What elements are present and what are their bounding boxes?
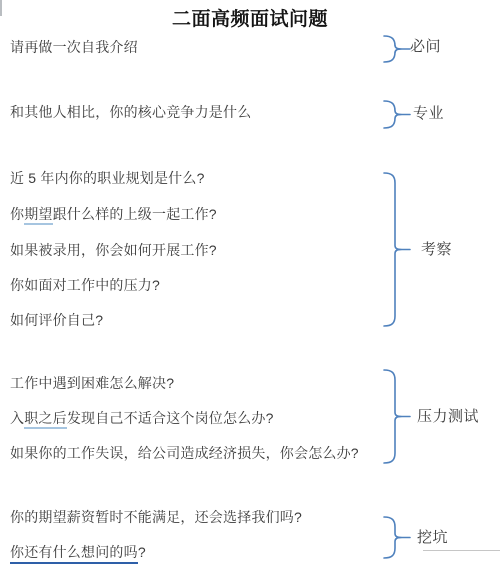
question-text: 跟什么样的上级一起工作? <box>53 206 217 222</box>
question-text: ? <box>138 544 146 560</box>
divider-line <box>423 550 500 551</box>
document-page: 二面高频面试问题 请再做一次自我介绍 必问 和其他人相比，你的核心竞争力是什么 … <box>0 0 500 566</box>
grammar-underline: 职之后 <box>24 410 67 429</box>
question-line: 你还有什么想问的吗? <box>10 544 146 560</box>
question-line: 和其他人相比，你的核心竞争力是什么 <box>10 104 251 120</box>
question-text: 入 <box>10 410 24 426</box>
question-line: 工作中遇到困难怎么解决? <box>10 375 174 391</box>
brace-group-2 <box>383 100 411 129</box>
brace-group-3 <box>383 172 411 327</box>
question-line: 近 5 年内你的职业规划是什么? <box>10 170 205 186</box>
brace-group-5 <box>383 516 411 559</box>
question-line: 如果被录用，你会如何开展工作? <box>10 242 217 258</box>
question-line: 如何评价自己? <box>10 312 103 328</box>
group-label-must-ask: 必问 <box>410 39 441 55</box>
question-line: 入职之后发现自己不适合这个岗位怎么办? <box>10 410 274 426</box>
group-label-stress-test: 压力测试 <box>417 409 479 425</box>
group-label-assessment: 考察 <box>421 242 452 258</box>
brace-group-1 <box>383 35 411 63</box>
question-line: 你如面对工作中的压力? <box>10 277 160 293</box>
selection-underline: 你还有什么想问的吗 <box>10 544 138 564</box>
group-label-trap: 挖坑 <box>417 530 448 546</box>
question-text: 你 <box>10 206 24 222</box>
group-label-professional: 专业 <box>413 106 444 122</box>
question-line: 如果你的工作失误，给公司造成经济损失，你会怎么办? <box>10 445 359 461</box>
question-line: 你的期望薪资暂时不能满足，还会选择我们吗? <box>10 509 302 525</box>
question-text: 发现自己不适合这个岗位怎么办? <box>67 410 274 426</box>
page-title: 二面高频面试问题 <box>0 4 500 31</box>
question-line: 你期望跟什么样的上级一起工作? <box>10 206 217 222</box>
grammar-underline: 期望 <box>24 206 52 225</box>
question-line: 请再做一次自我介绍 <box>10 39 138 55</box>
brace-group-4 <box>383 369 411 464</box>
